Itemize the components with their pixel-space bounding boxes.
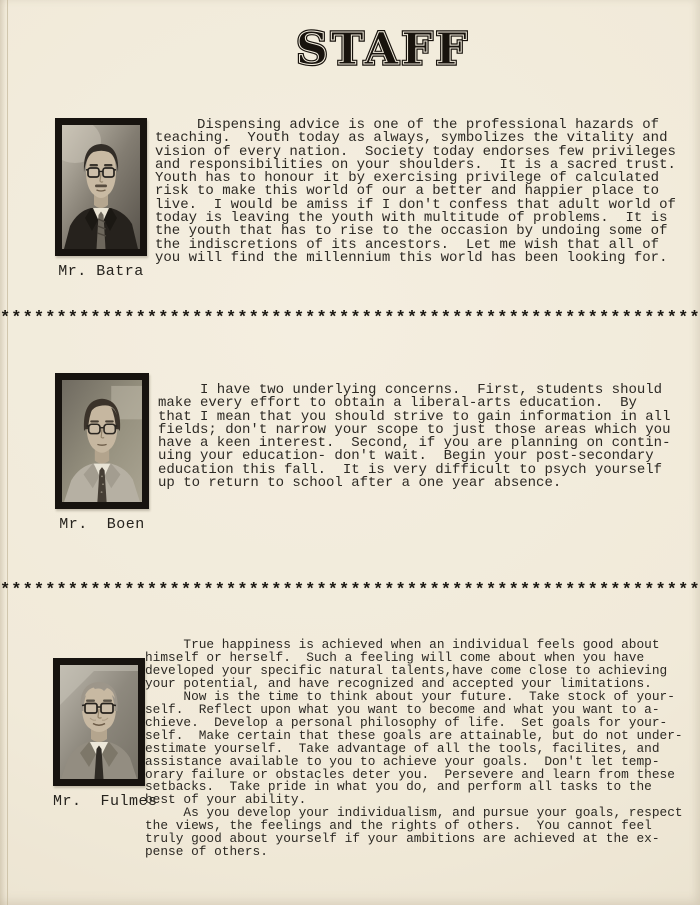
portrait-photo-mr-fulmes — [60, 665, 138, 779]
dotted-separator: ****************************************… — [0, 582, 700, 600]
staff-bio-text-batra: Dispensing advice is one of the professi… — [155, 119, 676, 265]
staff-photo-figure-batra: Mr. Batra — [55, 118, 147, 280]
dotted-separator: ****************************************… — [0, 310, 700, 328]
staff-photo-fulmes — [53, 658, 145, 786]
page-title-lettering: STAFF STAFF — [288, 20, 478, 78]
staff-photo-batra — [55, 118, 147, 256]
page-title: STAFF STAFF — [288, 20, 478, 78]
svg-text:STAFF: STAFF — [296, 24, 470, 75]
staff-photo-figure-fulmes: Mr. Fulmes — [53, 658, 158, 810]
page-left-crease-line — [7, 0, 8, 905]
yearbook-page: STAFF STAFF — [0, 0, 700, 905]
staff-photo-caption: Mr. Boen — [55, 516, 149, 533]
staff-bio-text-fulmes: True happiness is achieved when an indiv… — [145, 639, 683, 859]
staff-photo-caption: Mr. Batra — [55, 263, 147, 280]
staff-photo-caption: Mr. Fulmes — [53, 793, 158, 810]
staff-bio-text-boen: I have two underlying concerns. First, s… — [158, 384, 670, 490]
staff-photo-boen — [55, 373, 149, 509]
portrait-photo-mr-boen — [62, 380, 142, 502]
portrait-photo-mr-batra — [62, 125, 140, 249]
staff-photo-figure-boen: Mr. Boen — [55, 373, 149, 533]
page-left-edge-shade — [0, 0, 6, 905]
